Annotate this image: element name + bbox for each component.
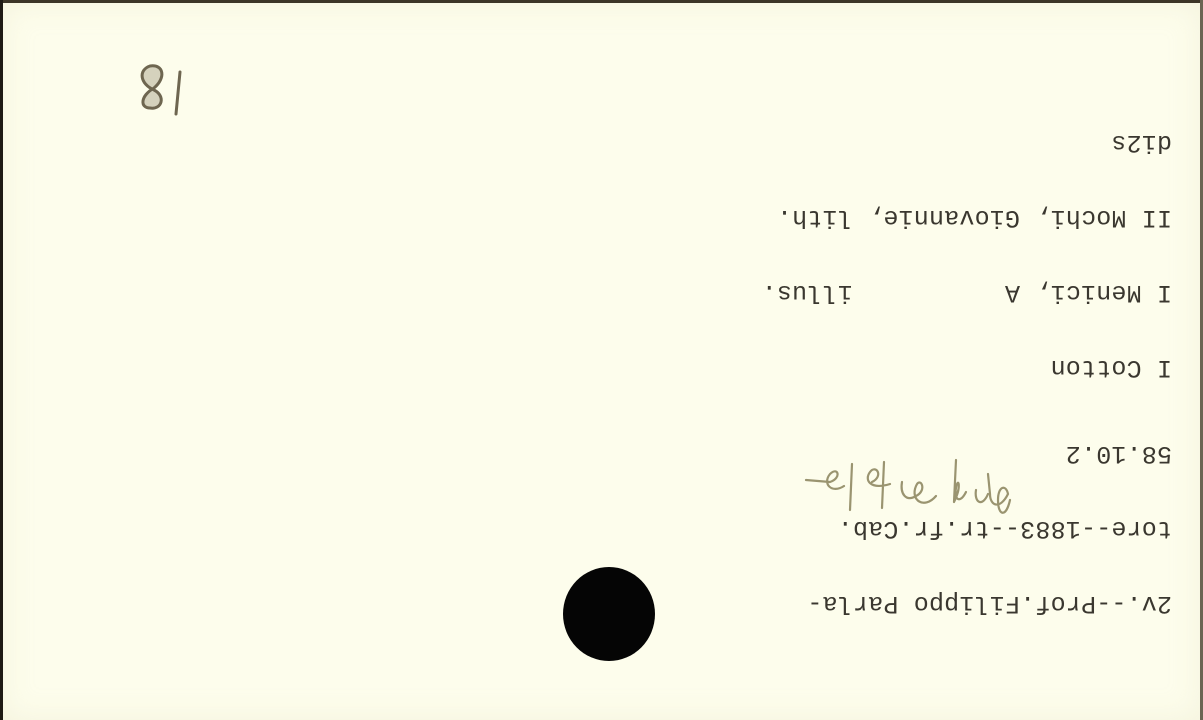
punch-hole: [563, 567, 655, 661]
typed-line: II Mochi, Giovannie, lith.: [762, 205, 1172, 230]
handwritten-corner-mark: [110, 54, 190, 124]
catalog-card: 2v.--Prof.Filippo Parla- tore--1883--tr.…: [3, 3, 1200, 720]
typed-line: di2s: [762, 130, 1172, 155]
typed-line: I Cotton: [762, 355, 1172, 380]
card-content-rotated: 2v.--Prof.Filippo Parla- tore--1883--tr.…: [3, 3, 1200, 720]
typed-entry-tracings: I Cotton I Menici, A illus. II Mochi, Gi…: [762, 80, 1172, 430]
handwritten-pencil-note: [780, 450, 1020, 530]
typed-line: 2v.--Prof.Filippo Parla-: [807, 591, 1172, 616]
typed-line: I Menici, A illus.: [762, 280, 1172, 305]
